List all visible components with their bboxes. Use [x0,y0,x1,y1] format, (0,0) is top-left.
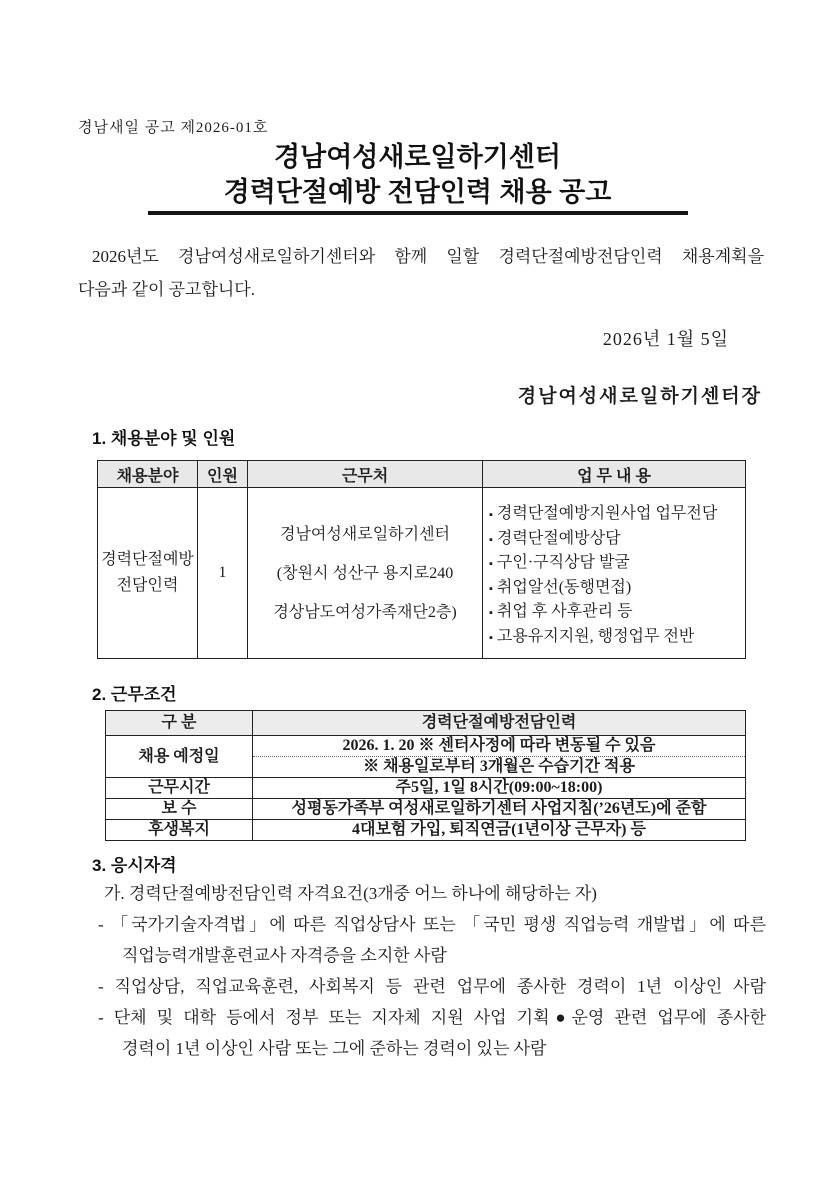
conditions-col1-header: 구 분 [106,711,253,736]
col-header-field: 채용분야 [98,461,198,488]
duty-text: 경력단절예방상담 [497,525,621,548]
pay-label: 보 수 [106,799,253,820]
section3-heading: 3. 응시자격 [92,851,177,876]
duty-item: ▪경력단절예방상담 [489,525,741,548]
conditions-col2-header: 경력단절예방전담인력 [253,711,746,736]
qualification-item-continuation: 직업능력개발훈련교사 자격증을 소지한 사람 [92,940,766,971]
duty-text: 고용유지지원, 행정업무 전반 [497,623,694,646]
duty-item: ▪고용유지지원, 행정업무 전반 [489,623,741,646]
square-bullet-icon: ▪ [489,532,493,548]
pay-row: 보 수 성평동가족부 여성새로일하기센터 사업지침(’26년도)에 준함 [106,799,746,820]
hire-date-label: 채용 예정일 [106,736,253,778]
duty-item: ▪구인·구직상담 발굴 [489,549,741,572]
work-conditions-table: 구 분 경력단절예방전담인력 채용 예정일 2026. 1. 20 ※ 센터사정… [105,710,746,841]
hire-date-value-1: 2026. 1. 20 ※ 센터사정에 따라 변동될 수 있음 [253,736,746,757]
cell-count: 1 [198,488,248,659]
recruitment-table-header-row: 채용분야 인원 근무처 업 무 내 용 [98,461,746,488]
recruitment-table: 채용분야 인원 근무처 업 무 내 용 경력단절예방 전담인력 1 경남여성새로… [97,460,746,659]
cell-field: 경력단절예방 전담인력 [98,488,198,659]
duty-item: ▪취업알선(동행면접) [489,574,741,597]
square-bullet-icon: ▪ [489,605,493,621]
section1-heading: 1. 채용분야 및 인원 [92,424,235,449]
title-line-2: 경력단절예방 전담인력 채용 공고 [0,175,835,210]
duty-text: 경력단절예방지원사업 업무전담 [497,500,717,523]
qualifications-list: 가. 경력단절예방전담인력 자격요건(3개중 어느 하나에 해당하는 자) - … [92,878,766,1064]
conditions-header-row: 구 분 경력단절예방전담인력 [106,711,746,736]
qualification-item: - 단체 및 대학 등에서 정부 또는 지자체 지원 사업 기획●운영 관련 업… [92,1002,766,1033]
section2-heading: 2. 근무조건 [92,680,177,705]
hire-date-value-2: ※ 채용일로부터 3개월은 수습기간 적용 [253,757,746,778]
title-underline [148,211,688,215]
work-hours-label: 근무시간 [106,778,253,799]
qualification-item: - 직업상담, 직업교육훈련, 사회복지 등 관련 업무에 종사한 경력이 1년… [92,971,766,1002]
intro-line-1: 2026년도 경남여성새로일하기센터와 함께 일할 경력단절예방전담인력 채용계… [78,240,764,273]
duty-text: 구인·구직상담 발굴 [497,549,630,572]
workplace-line-2: (창원시 성산구 용지로240 [249,554,481,593]
duty-text: 취업 후 사후관리 등 [497,598,633,621]
hire-date-row: 채용 예정일 2026. 1. 20 ※ 센터사정에 따라 변동될 수 있음 [106,736,746,757]
welfare-row: 후생복지 4대보험 가입, 퇴직연금(1년이상 근무자) 등 [106,820,746,841]
cell-duties: ▪경력단절예방지원사업 업무전담 ▪경력단절예방상담 ▪구인·구직상담 발굴 ▪… [483,488,746,659]
field-line-1: 경력단절예방 [99,547,196,573]
workplace-line-3: 경상남도여성가족재단2층) [249,593,481,632]
qualification-item-continuation: 경력이 1년 이상인 사람 또는 그에 준하는 경력이 있는 사람 [92,1033,766,1064]
signer-title: 경남여성새로일하기센터장 [518,381,762,408]
square-bullet-icon: ▪ [489,507,493,523]
intro-paragraph: 2026년도 경남여성새로일하기센터와 함께 일할 경력단절예방전담인력 채용계… [78,240,764,306]
title-line-1: 경남여성새로일하기센터 [0,140,835,175]
pay-value: 성평동가족부 여성새로일하기센터 사업지침(’26년도)에 준함 [253,799,746,820]
work-hours-row: 근무시간 주5일, 1일 8시간(09:00~18:00) [106,778,746,799]
intro-line-2: 다음과 같이 공고합니다. [78,273,764,306]
qualification-item-heading: 가. 경력단절예방전담인력 자격요건(3개중 어느 하나에 해당하는 자) [92,878,766,909]
document-page: 경남새일 공고 제2026-01호 경남여성새로일하기센터 경력단절예방 전담인… [0,0,835,1181]
duty-item: ▪경력단절예방지원사업 업무전담 [489,500,741,523]
cell-workplace: 경남여성새로일하기센터 (창원시 성산구 용지로240 경상남도여성가족재단2층… [248,488,483,659]
col-header-count: 인원 [198,461,248,488]
document-title: 경남여성새로일하기센터 경력단절예방 전담인력 채용 공고 [0,140,835,210]
field-line-2: 전담인력 [99,573,196,599]
welfare-label: 후생복지 [106,820,253,841]
col-header-duties: 업 무 내 용 [483,461,746,488]
work-hours-value: 주5일, 1일 8시간(09:00~18:00) [253,778,746,799]
square-bullet-icon: ▪ [489,556,493,572]
duty-item: ▪취업 후 사후관리 등 [489,598,741,621]
workplace-line-1: 경남여성새로일하기센터 [249,515,481,554]
square-bullet-icon: ▪ [489,581,493,597]
notice-number: 경남새일 공고 제2026-01호 [78,116,268,137]
welfare-value: 4대보험 가입, 퇴직연금(1년이상 근무자) 등 [253,820,746,841]
recruitment-table-row: 경력단절예방 전담인력 1 경남여성새로일하기센터 (창원시 성산구 용지로24… [98,488,746,659]
duty-text: 취업알선(동행면접) [497,574,631,597]
qualification-item: - 「국가기술자격법」에 따른 직업상담사 또는 「국민 평생 직업능력 개발법… [92,909,766,940]
announcement-date: 2026년 1월 5일 [603,325,729,351]
square-bullet-icon: ▪ [489,630,493,646]
col-header-workplace: 근무처 [248,461,483,488]
